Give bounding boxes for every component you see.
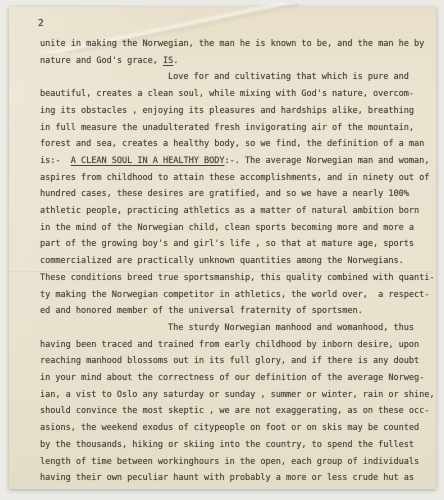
line-text: beautiful, creates a clean soul, while m… (40, 89, 414, 99)
line-text: part of the growing boy's and girl's lif… (40, 239, 414, 249)
typewritten-line: in full measure the unadulterated fresh … (40, 120, 440, 137)
line-text: ing its obstacles , enjoying its pleasur… (40, 106, 414, 116)
typewritten-line: ing its obstacles , enjoying its pleasur… (40, 103, 440, 120)
typewritten-line: is:- A CLEAN SOUL IN A HEALTHY BODY:-. T… (40, 153, 440, 170)
line-text: aspires from childhood to attain these a… (40, 173, 429, 183)
line-text: commercialized are practically unknown q… (40, 256, 404, 266)
typewritten-line: reaching manhood blossoms out in its ful… (40, 353, 440, 370)
typewritten-line: ty making the Norwegian competitor in at… (40, 287, 440, 304)
line-text: should convince the most skeptic , we ar… (40, 406, 429, 416)
line-text: hundred cases, these desires are gratifi… (40, 189, 409, 199)
line-text: . (173, 56, 178, 66)
line-text: in the mind of the Norwegian child, clea… (40, 223, 414, 233)
typewritten-line: by the thousands, hiking or skiing into … (40, 437, 440, 454)
line-text: asions, the weekend exodus of citypeople… (40, 423, 419, 433)
typewritten-line: Love for and cultivating that which is p… (40, 69, 440, 86)
typewritten-line: part of the growing boy's and girl's lif… (40, 236, 440, 253)
typewritten-line: athletic people, practicing athletics as… (40, 203, 440, 220)
page-number: 2 (38, 18, 44, 29)
typewritten-line: should convince the most skeptic , we ar… (40, 403, 440, 420)
line-text: The sturdy Norwegian manhood and womanho… (168, 323, 414, 333)
typewritten-line: forest and sea, creates a healthy body, … (40, 136, 440, 153)
underlined-text: A CLEAN SOUL IN A HEALTHY BODY (71, 156, 225, 166)
typewritten-line: beautiful, creates a clean soul, while m… (40, 86, 440, 103)
line-text: ty making the Norwegian competitor in at… (40, 290, 429, 300)
typewritten-line: These conditions breed true sportsmanshi… (40, 270, 440, 287)
line-text: Love for and cultivating that which is p… (168, 72, 409, 82)
line-text: having their own peculiar haunt with pro… (40, 473, 414, 483)
line-text: :-. The average Norwegian man and woman, (224, 156, 429, 166)
typewritten-page: 2 unite in making the Norwegian, the man… (9, 7, 436, 489)
line-text: forest and sea, creates a healthy body, … (40, 139, 424, 149)
line-text: is:- (40, 156, 71, 166)
typewritten-line: ian, a vist to Oslo any saturday or sund… (40, 387, 440, 404)
typewritten-line: in your mind about the correctness of ou… (40, 370, 440, 387)
typewritten-line: commercialized are practically unknown q… (40, 253, 440, 270)
line-text: in full measure the unadulterated fresh … (40, 123, 414, 133)
typewritten-line: aspires from childhood to attain these a… (40, 170, 440, 187)
line-text: unite in making the Norwegian, the man h… (40, 39, 424, 49)
line-text: athletic people, practicing athletics as… (40, 206, 419, 216)
typewritten-line: having been traced and trained from earl… (40, 337, 440, 354)
typewritten-line: ed and honored member of the universal f… (40, 303, 440, 320)
typewritten-line: asions, the weekend exodus of citypeople… (40, 420, 440, 437)
line-text: having been traced and trained from earl… (40, 340, 419, 350)
line-text: ian, a vist to Oslo any saturday or sund… (40, 390, 435, 400)
text-block: unite in making the Norwegian, the man h… (40, 36, 440, 487)
line-text: in your mind about the correctness of ou… (40, 373, 424, 383)
typewritten-line: length of time between workinghours in t… (40, 454, 440, 471)
line-text: by the thousands, hiking or skiing into … (40, 440, 414, 450)
typewritten-line: nature and God's grace, IS. (40, 53, 440, 70)
scan-backdrop: 2 unite in making the Norwegian, the man… (0, 0, 444, 500)
line-text: ed and honored member of the universal f… (40, 306, 363, 316)
line-text: These conditions breed true sportsmanshi… (40, 273, 435, 283)
typewritten-line: having their own peculiar haunt with pro… (40, 470, 440, 487)
typewritten-line: hundred cases, these desires are gratifi… (40, 186, 440, 203)
typewritten-line: unite in making the Norwegian, the man h… (40, 36, 440, 53)
line-text: nature and God's grace, (40, 56, 163, 66)
line-text: reaching manhood blossoms out in its ful… (40, 356, 419, 366)
typewritten-line: in the mind of the Norwegian child, clea… (40, 220, 440, 237)
line-text: length of time between workinghours in t… (40, 457, 419, 467)
typewritten-line: The sturdy Norwegian manhood and womanho… (40, 320, 440, 337)
underlined-text: IS (163, 56, 173, 66)
